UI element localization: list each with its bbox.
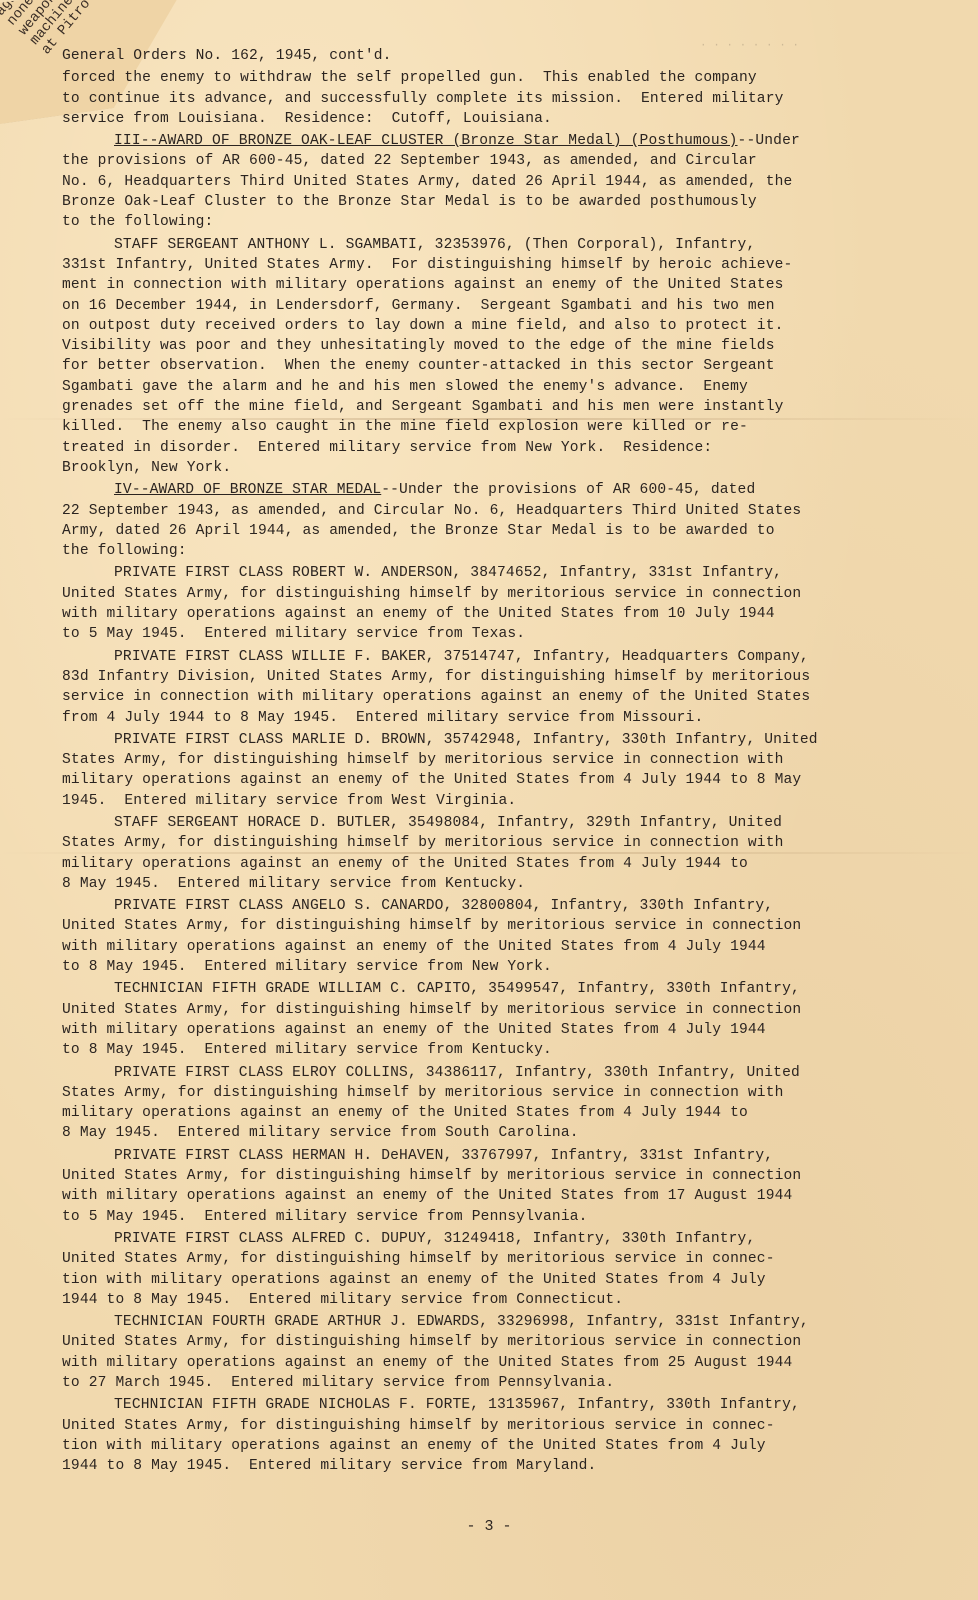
section-iii: III--AWARD OF BRONZE OAK-LEAF CLUSTER (B… (62, 131, 922, 478)
citation-canardo: PRIVATE FIRST CLASS ANGELO S. CANARDO, 3… (62, 896, 922, 977)
text-line: treated in disorder. Entered military se… (62, 438, 922, 458)
document-header: General Orders No. 162, 1945, cont'd. (62, 46, 922, 66)
text-line: PRIVATE FIRST CLASS ELROY COLLINS, 34386… (62, 1063, 922, 1083)
document-body: General Orders No. 162, 1945, cont'd. fo… (62, 46, 922, 1476)
text-line: TECHNICIAN FIFTH GRADE NICHOLAS F. FORTE… (62, 1395, 922, 1415)
text-line: No. 6, Headquarters Third United States … (62, 172, 922, 192)
text-line: to 27 March 1945. Entered military servi… (62, 1373, 922, 1393)
text-line: PRIVATE FIRST CLASS ANGELO S. CANARDO, 3… (62, 896, 922, 916)
text-line: United States Army, for distinguishing h… (62, 1166, 922, 1186)
citation-collins: PRIVATE FIRST CLASS ELROY COLLINS, 34386… (62, 1063, 922, 1144)
section-iii-heading: III--AWARD OF BRONZE OAK-LEAF CLUSTER (B… (114, 133, 738, 149)
text-fragment: --Under the provisions of AR 600-45, dat… (381, 482, 755, 498)
text-line: STAFF SERGEANT ANTHONY L. SGAMBATI, 3235… (62, 235, 922, 255)
text-line: to 5 May 1945. Entered military service … (62, 1207, 922, 1227)
section-iii-heading-line: III--AWARD OF BRONZE OAK-LEAF CLUSTER (B… (62, 131, 922, 151)
text-line: States Army, for distinguishing himself … (62, 1083, 922, 1103)
text-line: STAFF SERGEANT HORACE D. BUTLER, 3549808… (62, 813, 922, 833)
text-line: 1944 to 8 May 1945. Entered military ser… (62, 1290, 922, 1310)
text-line: 331st Infantry, United States Army. For … (62, 255, 922, 275)
text-line: 22 September 1943, as amended, and Circu… (62, 501, 922, 521)
text-line: grenades set off the mine field, and Ser… (62, 397, 922, 417)
text-line: ment in connection with military operati… (62, 275, 922, 295)
text-line: with military operations against an enem… (62, 937, 922, 957)
opening-paragraph: forced the enemy to withdraw the self pr… (62, 68, 922, 129)
text-line: service in connection with military oper… (62, 687, 922, 707)
page-number: - 3 - (0, 1518, 978, 1535)
citation-butler: STAFF SERGEANT HORACE D. BUTLER, 3549808… (62, 813, 922, 894)
text-line: United States Army, for distinguishing h… (62, 1249, 922, 1269)
text-line: the provisions of AR 600-45, dated 22 Se… (62, 151, 922, 171)
text-line: Army, dated 26 April 1944, as amended, t… (62, 521, 922, 541)
text-line: PRIVATE FIRST CLASS MARLIE D. BROWN, 357… (62, 730, 922, 750)
text-line: tion with military operations against an… (62, 1270, 922, 1290)
text-line: to continue its advance, and successfull… (62, 89, 922, 109)
text-line: to the following: (62, 212, 922, 232)
text-line: United States Army, for distinguishing h… (62, 916, 922, 936)
text-line: States Army, for distinguishing himself … (62, 833, 922, 853)
text-line: from 4 July 1944 to 8 May 1945. Entered … (62, 708, 922, 728)
text-line: 8 May 1945. Entered military service fro… (62, 1123, 922, 1143)
text-line: 1944 to 8 May 1945. Entered military ser… (62, 1456, 922, 1476)
citation-edwards: TECHNICIAN FOURTH GRADE ARTHUR J. EDWARD… (62, 1312, 922, 1393)
text-line: Brooklyn, New York. (62, 458, 922, 478)
citation-anderson: PRIVATE FIRST CLASS ROBERT W. ANDERSON, … (62, 563, 922, 644)
text-line: with military operations against an enem… (62, 1020, 922, 1040)
text-line: PRIVATE FIRST CLASS WILLIE F. BAKER, 375… (62, 647, 922, 667)
text-line: to 8 May 1945. Entered military service … (62, 957, 922, 977)
text-line: Visibility was poor and they unhesitatin… (62, 336, 922, 356)
text-line: tion with military operations against an… (62, 1436, 922, 1456)
text-line: for better observation. When the enemy c… (62, 356, 922, 376)
citation-capito: TECHNICIAN FIFTH GRADE WILLIAM C. CAPITO… (62, 979, 922, 1060)
document-page: aga nonef weapon machine at Pitro · · · … (0, 0, 978, 1600)
text-line: on 16 December 1944, in Lendersdorf, Ger… (62, 296, 922, 316)
text-line: military operations against an enemy of … (62, 854, 922, 874)
citation-baker: PRIVATE FIRST CLASS WILLIE F. BAKER, 375… (62, 647, 922, 728)
section-iv: IV--AWARD OF BRONZE STAR MEDAL--Under th… (62, 480, 922, 1476)
text-line: PRIVATE FIRST CLASS HERMAN H. DeHAVEN, 3… (62, 1146, 922, 1166)
text-line: forced the enemy to withdraw the self pr… (62, 68, 922, 88)
text-line: United States Army, for distinguishing h… (62, 1000, 922, 1020)
text-line: on outpost duty received orders to lay d… (62, 316, 922, 336)
section-iv-heading: IV--AWARD OF BRONZE STAR MEDAL (114, 482, 381, 498)
text-line: United States Army, for distinguishing h… (62, 584, 922, 604)
text-line: with military operations against an enem… (62, 1186, 922, 1206)
section-iv-heading-line: IV--AWARD OF BRONZE STAR MEDAL--Under th… (62, 480, 922, 500)
text-line: TECHNICIAN FIFTH GRADE WILLIAM C. CAPITO… (62, 979, 922, 999)
text-line: military operations against an enemy of … (62, 770, 922, 790)
text-line: Sgambati gave the alarm and he and his m… (62, 377, 922, 397)
text-line: United States Army, for distinguishing h… (62, 1416, 922, 1436)
text-fragment: --Under (738, 133, 800, 149)
text-line: 1945. Entered military service from West… (62, 791, 922, 811)
text-line: States Army, for distinguishing himself … (62, 750, 922, 770)
text-line: military operations against an enemy of … (62, 1103, 922, 1123)
text-line: Bronze Oak-Leaf Cluster to the Bronze St… (62, 192, 922, 212)
text-line: TECHNICIAN FOURTH GRADE ARTHUR J. EDWARD… (62, 1312, 922, 1332)
citation-forte: TECHNICIAN FIFTH GRADE NICHOLAS F. FORTE… (62, 1395, 922, 1476)
text-line: PRIVATE FIRST CLASS ALFRED C. DUPUY, 312… (62, 1229, 922, 1249)
text-line: 83d Infantry Division, United States Arm… (62, 667, 922, 687)
text-line: to 5 May 1945. Entered military service … (62, 624, 922, 644)
text-line: PRIVATE FIRST CLASS ROBERT W. ANDERSON, … (62, 563, 922, 583)
text-line: to 8 May 1945. Entered military service … (62, 1040, 922, 1060)
text-line: with military operations against an enem… (62, 604, 922, 624)
text-line: killed. The enemy also caught in the min… (62, 417, 922, 437)
text-line: 8 May 1945. Entered military service fro… (62, 874, 922, 894)
citation-dehaven: PRIVATE FIRST CLASS HERMAN H. DeHAVEN, 3… (62, 1146, 922, 1227)
citation-sgambati: STAFF SERGEANT ANTHONY L. SGAMBATI, 3235… (62, 235, 922, 479)
text-line: the following: (62, 541, 922, 561)
text-line: United States Army, for distinguishing h… (62, 1332, 922, 1352)
text-line: service from Louisiana. Residence: Cutof… (62, 109, 922, 129)
text-line: with military operations against an enem… (62, 1353, 922, 1373)
citation-brown: PRIVATE FIRST CLASS MARLIE D. BROWN, 357… (62, 730, 922, 811)
citation-dupuy: PRIVATE FIRST CLASS ALFRED C. DUPUY, 312… (62, 1229, 922, 1310)
